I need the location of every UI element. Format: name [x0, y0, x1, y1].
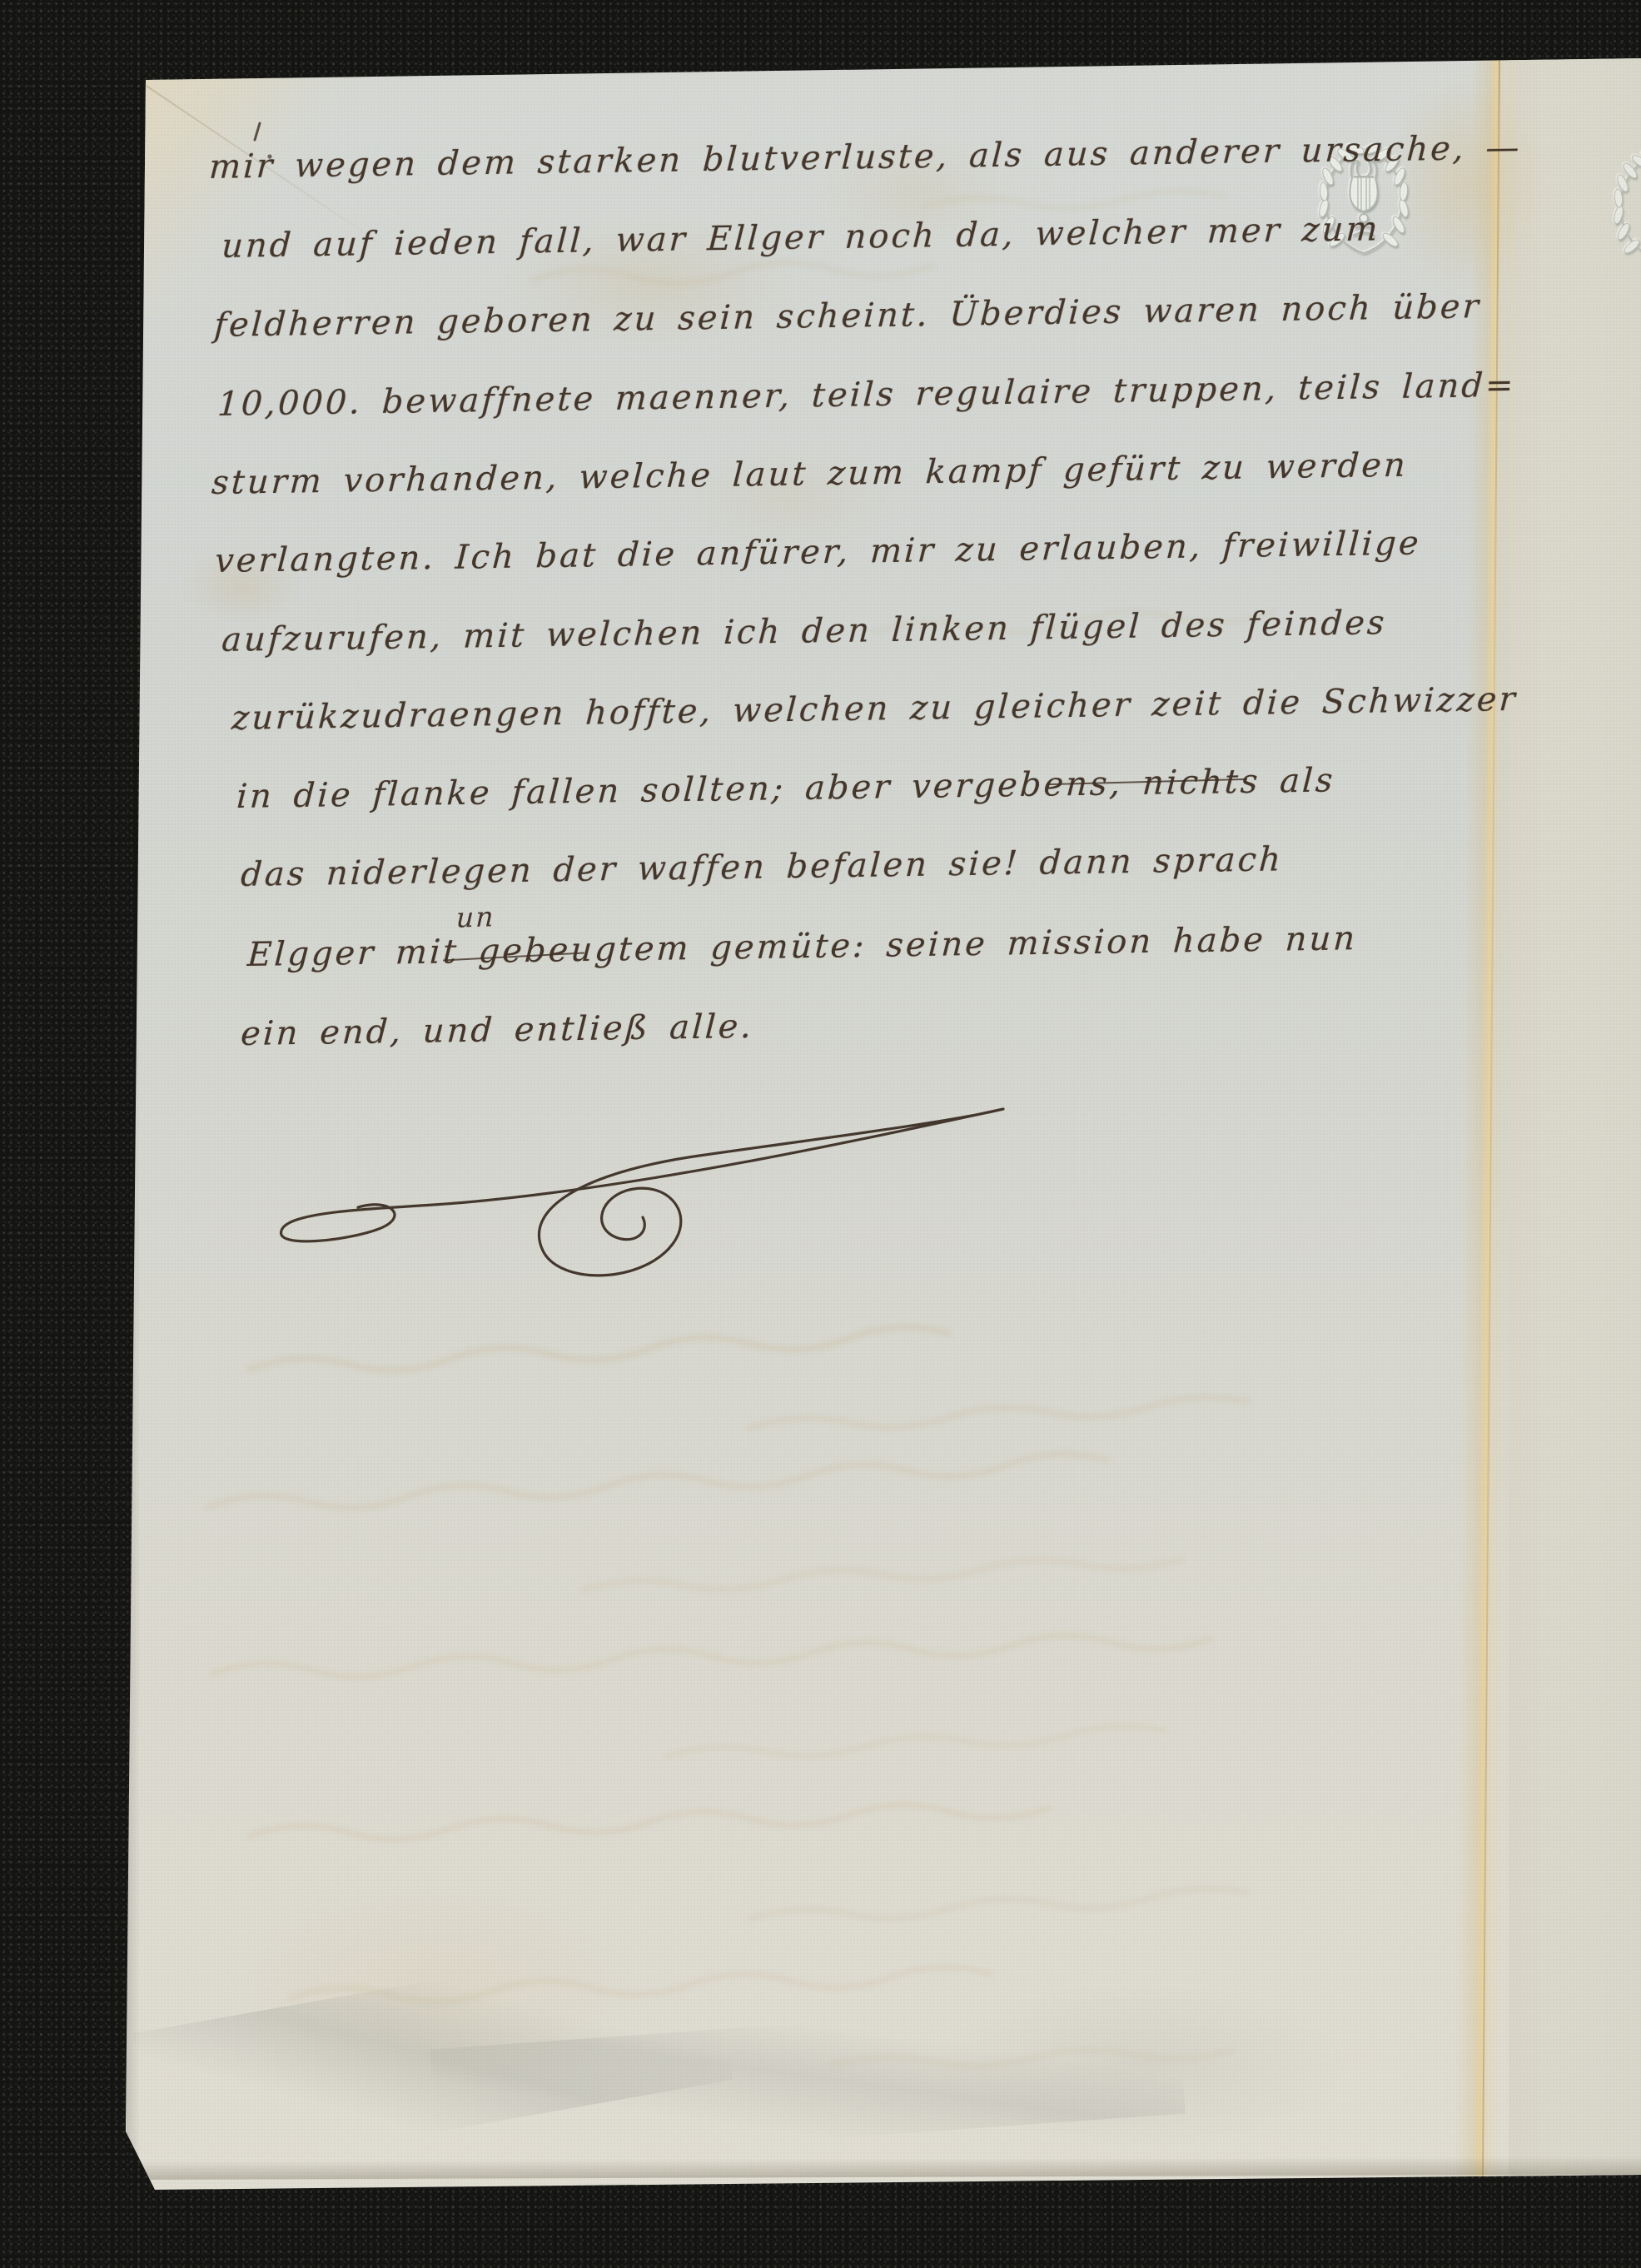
manuscript-scan: mir wegen dem starken blutverluste, als … — [0, 0, 1641, 2268]
paper-grain — [0, 0, 1641, 2268]
manuscript-page: mir wegen dem starken blutverluste, als … — [0, 0, 1641, 2268]
